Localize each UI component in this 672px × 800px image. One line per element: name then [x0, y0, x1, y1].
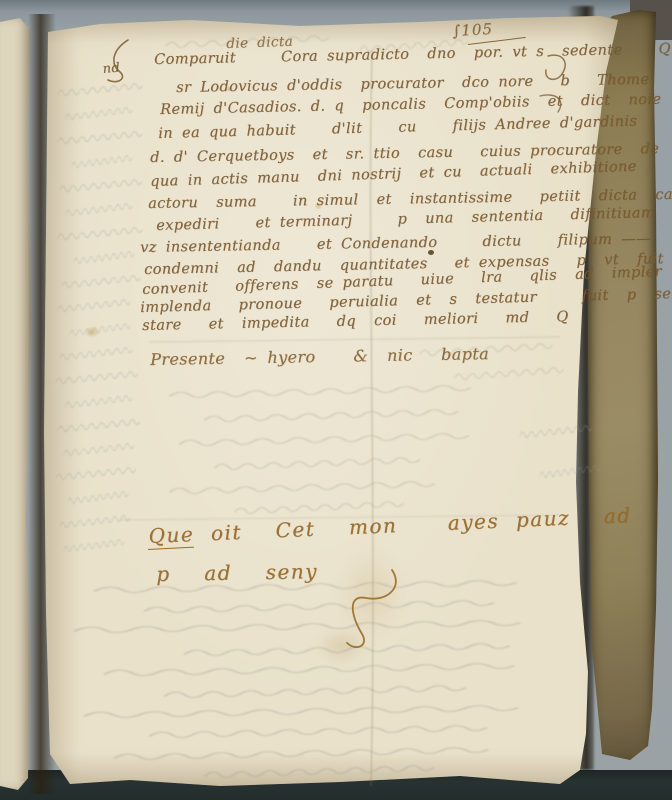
folio-number-value: 105 — [461, 20, 494, 40]
ink-blot — [428, 250, 434, 255]
folio-number: ∫105 — [452, 20, 493, 40]
margin-note: nd — [102, 60, 121, 76]
manuscript-photo: ∫105 die dicta nd Comparuit Cora supradi… — [0, 0, 672, 800]
later-entry-line: p ad seny — [156, 559, 318, 586]
